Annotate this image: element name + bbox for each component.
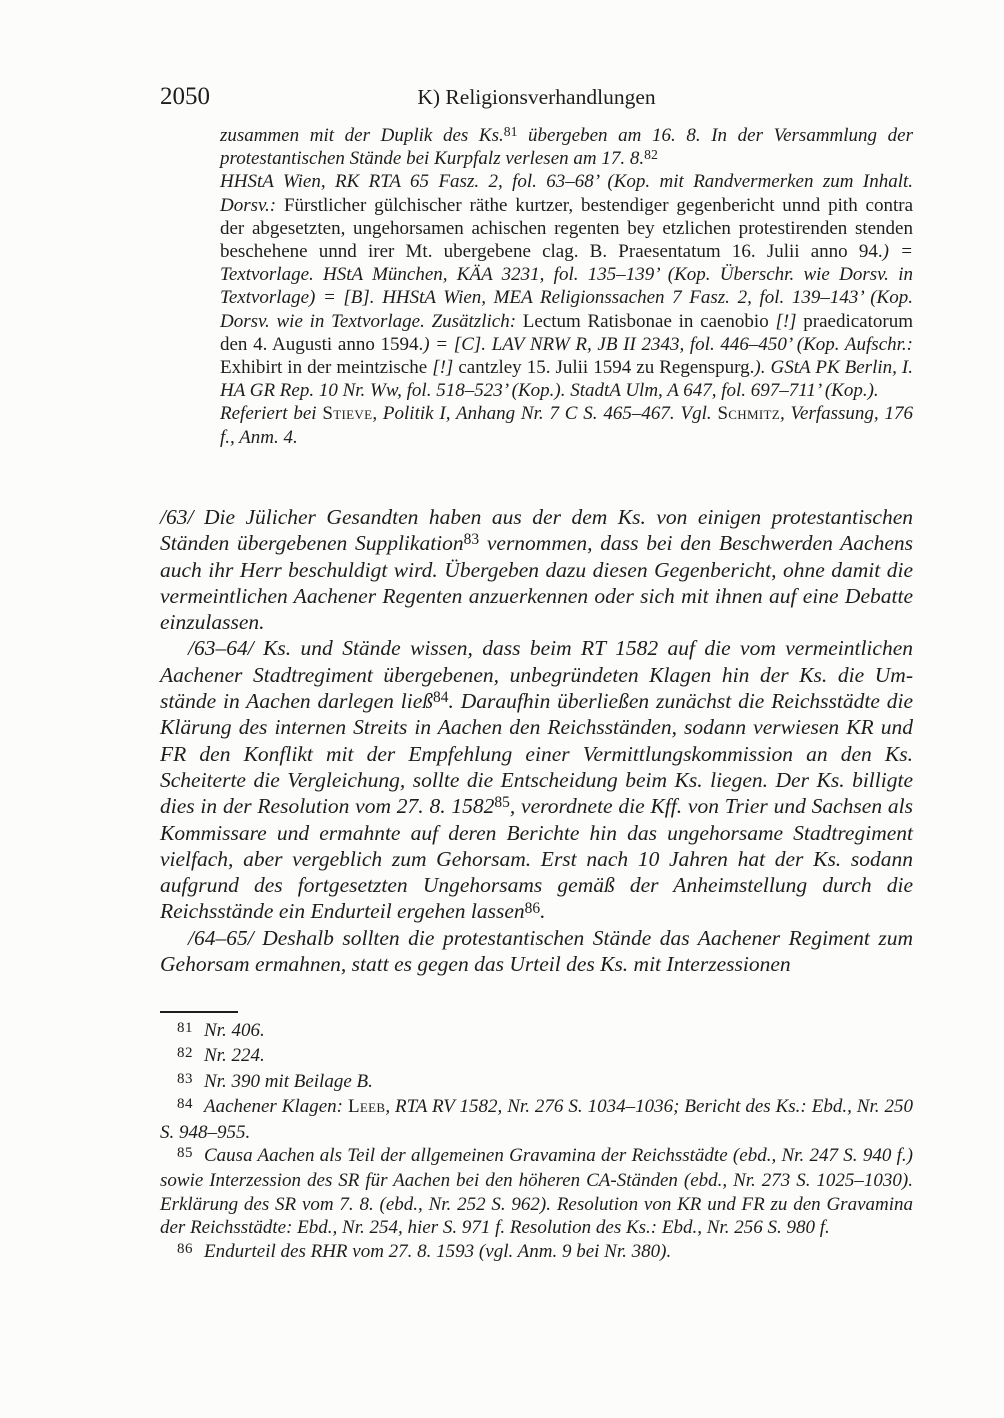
footnote: 83Nr. 390 mit Beilage B.: [160, 1070, 913, 1095]
main-text: /63/ Die Jülicher Gesandten haben aus de…: [160, 504, 913, 977]
footnote-text: Endurteil des RHR vom 27. 8. 1593 (vgl. …: [204, 1241, 671, 1262]
footnote-number: 82: [177, 1045, 193, 1061]
footnote-number: 84: [177, 1096, 193, 1112]
footnote-number: 85: [177, 1145, 193, 1161]
footnote-text: Nr. 224.: [204, 1045, 265, 1066]
footnotes-section: 81Nr. 406. 82Nr. 224. 83Nr. 390 mit Beil…: [160, 1019, 913, 1265]
footnote: 82Nr. 224.: [160, 1044, 913, 1069]
footnote-text: Nr. 406.: [204, 1020, 265, 1041]
footnote: 84Aachener Klagen: Leeb, RTA RV 1582, Nr…: [160, 1095, 913, 1144]
footnote: 86Endurteil des RHR vom 27. 8. 1593 (vgl…: [160, 1240, 913, 1265]
page-number: 2050: [160, 83, 210, 111]
reference-paragraph-archives: HHStA Wien, RK RTA 65 Fasz. 2, fol. 63–6…: [220, 170, 913, 402]
footnote-separator: [160, 1011, 238, 1013]
footnote-number: 86: [177, 1241, 193, 1257]
footnote: 85Causa Aachen als Teil der allgemeinen …: [160, 1144, 913, 1240]
footnote: 81Nr. 406.: [160, 1019, 913, 1044]
body-paragraph-63: /63/ Die Jülicher Gesandten haben aus de…: [160, 504, 913, 635]
reference-paragraph-literature: Referiert bei Stieve, Politik I, Anhang …: [220, 402, 913, 448]
source-reference-block: zusammen mit der Duplik des Ks.81 überge…: [220, 124, 913, 449]
body-paragraph-64-65: /64–65/ Deshalb sollten die protestantis…: [160, 925, 913, 978]
footnote-text: Aachener Klagen: Leeb, RTA RV 1582, Nr. …: [160, 1096, 913, 1142]
book-page: 2050 K) Religionsverhandlungen zusammen …: [0, 0, 1004, 1418]
footnote-number: 81: [177, 1020, 193, 1036]
footnote-text: Causa Aachen als Teil der allgemeinen Gr…: [160, 1145, 913, 1238]
reference-paragraph-presentation: zusammen mit der Duplik des Ks.81 überge…: [220, 124, 913, 170]
footnote-text: Nr. 390 mit Beilage B.: [204, 1071, 373, 1092]
running-title: K) Religionsverhandlungen: [160, 83, 913, 111]
page-header: 2050 K) Religionsverhandlungen: [160, 83, 913, 111]
footnote-number: 83: [177, 1071, 193, 1087]
body-paragraph-63-64: /63–64/ Ks. und Stände wissen, dass beim…: [160, 635, 913, 924]
